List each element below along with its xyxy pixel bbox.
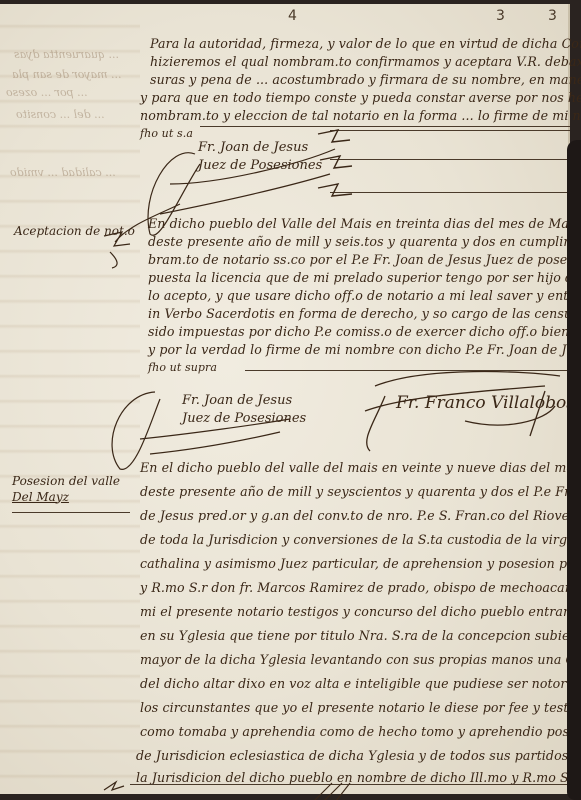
text-line: de Jurisdicion eclesiastica de dicha Ygl… <box>136 750 581 763</box>
text-line: deste presente año de mill y seis.tos y … <box>148 236 581 249</box>
text-line: bram.to de notario ss.co por el P.e Fr. … <box>148 254 581 267</box>
text-line: fho ut supra <box>148 362 217 373</box>
ruled-line <box>330 192 570 193</box>
ruled-line <box>200 126 570 127</box>
text-line: suras y pena de ... acostumbrado y firma… <box>150 74 581 87</box>
text-line: lo acepto, y que usare dicho off.o de no… <box>148 290 581 303</box>
ruled-line <box>330 130 570 131</box>
text-line: mi el presente notario testigos y concur… <box>140 606 581 619</box>
margin-title-line: Posesion del valle <box>12 474 120 490</box>
folio-number-right-b: 3 <box>548 8 557 24</box>
ruled-line <box>245 370 570 371</box>
signature-name: Fr. Joan de Jesus <box>182 392 306 410</box>
bleed-through-text: ... calidad ... vmido <box>10 166 116 179</box>
text-line: deste presente año de mill y seyscientos… <box>140 486 581 499</box>
bleed-through-text: ... del ... consito <box>16 108 105 121</box>
ruled-line <box>330 159 570 160</box>
folio-number-right-a: 3 <box>496 8 505 24</box>
signature-title: Juez de Posesiones <box>182 410 306 428</box>
text-line: de toda la Jurisdicion y conversiones de… <box>140 534 581 547</box>
text-line: y R.mo S.r don fr. Marcos Ramirez de pra… <box>140 582 581 595</box>
page-torn-edge <box>567 140 581 800</box>
text-line: nombram.to y eleccion de tal notario en … <box>140 110 581 123</box>
text-line: Para la autoridad, firmeza, y valor de l… <box>150 38 581 51</box>
text-line: en su Yglesia que tiene por titulo Nra. … <box>140 630 581 643</box>
signature-title: Juez de Posesiones <box>198 157 322 175</box>
bleed-through-text: ... mayor de san pla <box>12 68 122 81</box>
signature-juan-de-jesus-1: Fr. Joan de Jesus Juez de Posesiones <box>198 139 322 174</box>
signature-name: Fr. Joan de Jesus <box>198 139 322 157</box>
manuscript-page: 4 3 3 ... quaruentta dyas ... mayor de s… <box>0 4 570 794</box>
text-line: de Jesus pred.or y g.an del conv.to de n… <box>140 510 581 523</box>
text-line: sido impuestas por dicho P.e comiss.o de… <box>148 326 581 339</box>
margin-title-line: Del Mayz <box>12 490 120 506</box>
text-line: la Jurisdicion del dicho pueblo en nombr… <box>136 772 579 785</box>
text-line: como tomaba y aprehendia como de hecho t… <box>140 726 581 739</box>
text-line: mayor de la dicha Yglesia levantando con… <box>140 654 581 667</box>
signature-juan-de-jesus-2: Fr. Joan de Jesus Juez de Posesiones <box>182 392 306 427</box>
text-line: En dicho pueblo del Valle del Mais en tr… <box>148 218 581 231</box>
margin-title-acceptance: Aceptacion de not.o <box>14 224 135 240</box>
signature-villalobos: Fr. Franco Villalobos <box>396 392 575 415</box>
bleed-through-text: ... quaruentta dyas <box>14 48 119 61</box>
text-line: los circunstantes que yo el presente not… <box>140 702 581 715</box>
text-line: En el dicho pueblo del valle del mais en… <box>140 462 581 475</box>
bleed-through-text: ... por ... ozeso <box>6 86 88 99</box>
rubric-mark-icon <box>100 776 130 796</box>
margin-title-possession: Posesion del valle Del Mayz <box>12 474 120 505</box>
text-line: in Verbo Sacerdotis en forma de derecho,… <box>148 308 581 321</box>
folio-number-center: 4 <box>288 8 297 24</box>
ruled-line <box>130 784 570 785</box>
text-line: hizieremos el qual nombram.to confirmamo… <box>150 56 581 69</box>
text-line: puesta la licencia que de mi prelado sup… <box>148 272 581 285</box>
text-line: cathalina y asimismo Juez particular, de… <box>140 558 581 571</box>
text-line: y por la verdad lo firme de mi nombre co… <box>148 344 581 357</box>
text-line: y para que en todo tiempo conste y pueda… <box>140 92 581 105</box>
ruled-line <box>12 512 130 513</box>
text-line: del dicho altar dixo en voz alta e intel… <box>140 678 581 691</box>
text-line: fho ut s.a <box>140 128 193 139</box>
